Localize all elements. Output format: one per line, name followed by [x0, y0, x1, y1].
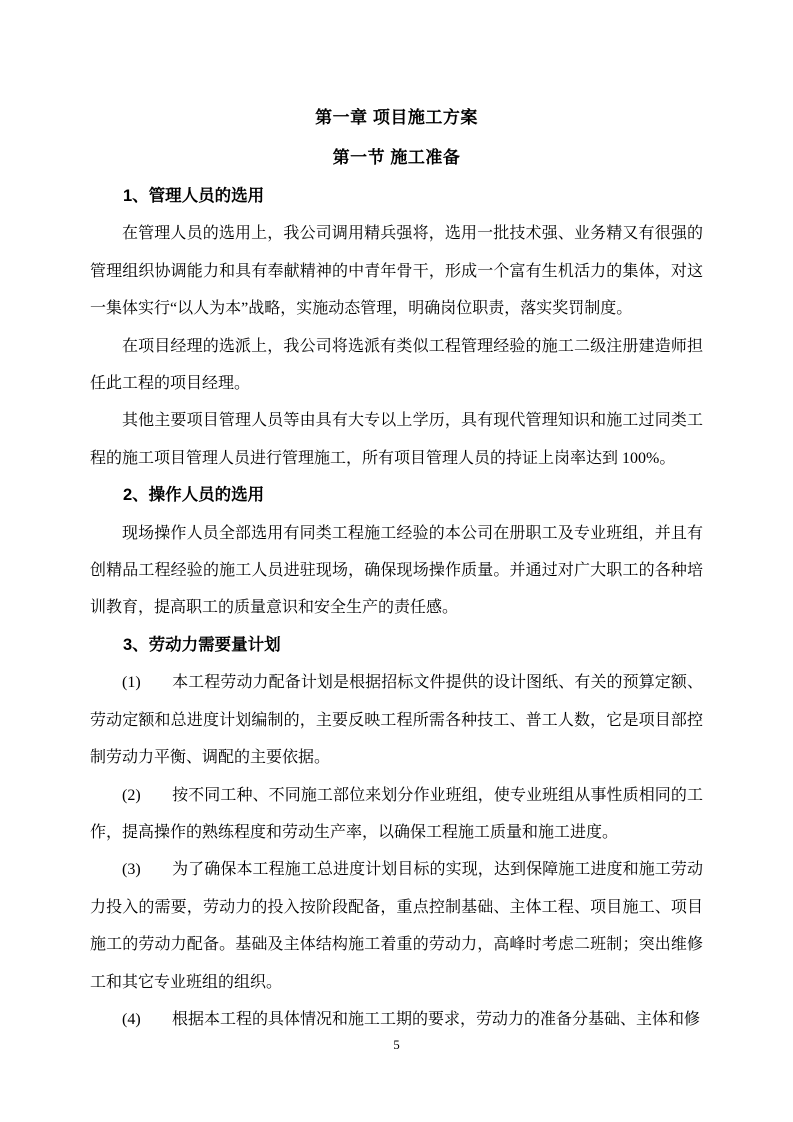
list-marker: (4): [122, 1001, 172, 1038]
heading-managers-selection: 1、管理人员的选用: [90, 178, 703, 215]
paragraph-numbered: (1)本工程劳动力配备计划是根据招标文件提供的设计图纸、有关的预算定额、劳动定额…: [90, 664, 703, 776]
paragraph: 在管理人员的选用上，我公司调用精兵强将，选用一批技术强、业务精又有很强的管理组织…: [90, 215, 703, 327]
paragraph-text: 按不同工种、不同施工部位来划分作业班组，使专业班组从事性质相同的工作，提高操作的…: [90, 787, 703, 841]
chapter-title: 第一章 项目施工方案: [90, 98, 703, 138]
list-marker: (1): [122, 664, 172, 701]
document-page: 第一章 项目施工方案 第一节 施工准备 1、管理人员的选用 在管理人员的选用上，…: [0, 0, 793, 1122]
heading-labor-requirement-plan: 3、劳动力需要量计划: [90, 627, 703, 664]
paragraph: 在项目经理的选派上，我公司将选派有类似工程管理经验的施工二级注册建造师担任此工程…: [90, 328, 703, 403]
paragraph: 现场操作人员全部选用有同类工程施工经验的本公司在册职工及专业班组，并且有创精品工…: [90, 515, 703, 627]
heading-operators-selection: 2、操作人员的选用: [90, 477, 703, 514]
paragraph-numbered: (4)根据本工程的具体情况和施工工期的要求，劳动力的准备分基础、主体和修: [90, 1001, 703, 1038]
section-title: 第一节 施工准备: [90, 138, 703, 178]
paragraph-text: 本工程劳动力配备计划是根据招标文件提供的设计图纸、有关的预算定额、劳动定额和总进…: [90, 674, 703, 766]
paragraph-numbered: (3)为了确保本工程施工总进度计划目标的实现，达到保障施工进度和施工劳动力投入的…: [90, 851, 703, 1001]
list-marker: (3): [122, 851, 172, 888]
paragraph-text: 根据本工程的具体情况和施工工期的要求，劳动力的准备分基础、主体和修: [172, 1011, 700, 1028]
paragraph-text: 为了确保本工程施工总进度计划目标的实现，达到保障施工进度和施工劳动力投入的需要，…: [90, 861, 703, 990]
document-body: 第一章 项目施工方案 第一节 施工准备 1、管理人员的选用 在管理人员的选用上，…: [90, 98, 703, 1038]
page-number: 5: [0, 1036, 793, 1054]
list-marker: (2): [122, 777, 172, 814]
paragraph: 其他主要项目管理人员等由具有大专以上学历，具有现代管理知识和施工过同类工程的施工…: [90, 402, 703, 477]
paragraph-numbered: (2)按不同工种、不同施工部位来划分作业班组，使专业班组从事性质相同的工作，提高…: [90, 777, 703, 852]
